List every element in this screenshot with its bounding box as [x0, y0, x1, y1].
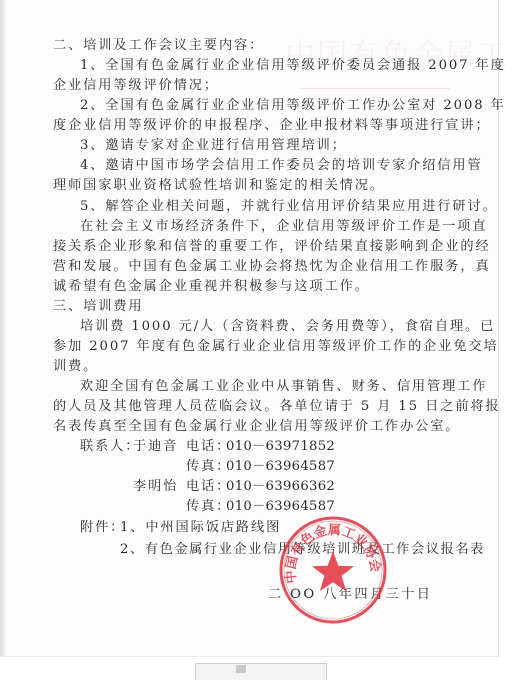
item-5-line-1: 5、解答企业相关问题，并就行业信用评价结果应用进行研讨。	[80, 198, 498, 216]
contact-2-name: 李明怡	[133, 478, 178, 496]
contact-1-name: 于迪音	[133, 438, 178, 456]
section-3-heading: 三、培训费用	[53, 298, 144, 316]
document-page: 中国有色金属工业 二、培训及工作会议主要内容： 1、全国有色金属行业企业信用等级…	[0, 0, 499, 657]
contact-2-phone: 010－63966362	[226, 478, 335, 496]
contact-1-phone: 010－63971852	[226, 438, 335, 456]
fee-line-2: 参加 2007 年度有色金属行业企业信用等级评价工作的企业免交培	[53, 338, 499, 356]
official-seal-stamp: 中国有色金属工业协会	[278, 515, 388, 625]
fee-line-3: 训费。	[53, 358, 98, 376]
paragraph-line-4: 诚希望有色金属企业重视并积极参与这项工作。	[53, 278, 370, 296]
paragraph-line-2: 接关系企业形象和信誉的重要工作，评价结果直接影响到企业的经	[53, 238, 491, 256]
contact-2-fax: 010－63964587	[226, 498, 335, 516]
welcome-line-1: 欢迎全国有色金属工业企业中从事销售、财务、信用管理工作	[80, 378, 487, 396]
contact-1-fax-label: 传真：	[186, 458, 231, 476]
contacts-label: 联系人：	[80, 438, 140, 456]
item-4-line-2: 理师国家职业资格试验性培训和鉴定的相关情况。	[53, 177, 385, 195]
contact-2-fax-label: 传真：	[186, 498, 231, 516]
item-2-line-1: 2、全国有色金属行业企业信用等级评价工作办公室对 2008 年	[80, 97, 506, 115]
item-3-line-1: 3、邀请专家对企业进行信用管理培训；	[80, 137, 347, 155]
contact-1-phone-label: 电话：	[186, 438, 231, 456]
tray-knob	[236, 665, 246, 673]
section-2-heading: 二、培训及工作会议主要内容：	[53, 37, 264, 55]
paragraph-line-1: 在社会主义市场经济条件下，企业信用等级评价工作是一项直	[80, 218, 487, 236]
item-4-line-1: 4、邀请中国市场学会信用工作委员会的培训专家介绍信用管	[80, 157, 483, 175]
paragraph-line-3: 营和发展。中国有色金属工业协会将热忱为企业信用工作服务，真	[53, 258, 491, 276]
attachment-1: 1、中州国际饭店路线图	[120, 519, 281, 537]
item-1-line-2: 企业信用等级评价情况；	[53, 77, 219, 95]
contact-1-fax: 010－63964587	[226, 458, 335, 476]
scanner-tray-tab	[195, 663, 327, 680]
star-icon	[312, 551, 354, 591]
item-1-line-1: 1、全国有色金属行业企业信用等级评价委员会通报 2007 年度	[80, 57, 506, 75]
fee-line-1: 培训费 1000 元/人（含资料费、会务用费等），食宿自理。已	[80, 318, 495, 336]
welcome-line-3: 名表传真至全国有色金属行业企业信用等级评价工作办公室。	[53, 418, 460, 436]
item-2-line-2: 度企业信用等级评价的申报程序、企业申报材料等事项进行宣讲；	[53, 117, 491, 135]
contact-2-phone-label: 电话：	[186, 478, 231, 496]
bleed-through-line	[300, 88, 450, 89]
welcome-line-2: 的人员及其他管理人员莅临会议。各单位请于 5 月 15 日之前将报	[53, 398, 501, 416]
page-edge-shadow	[0, 0, 6, 656]
attachments-label: 附件：	[80, 519, 125, 537]
